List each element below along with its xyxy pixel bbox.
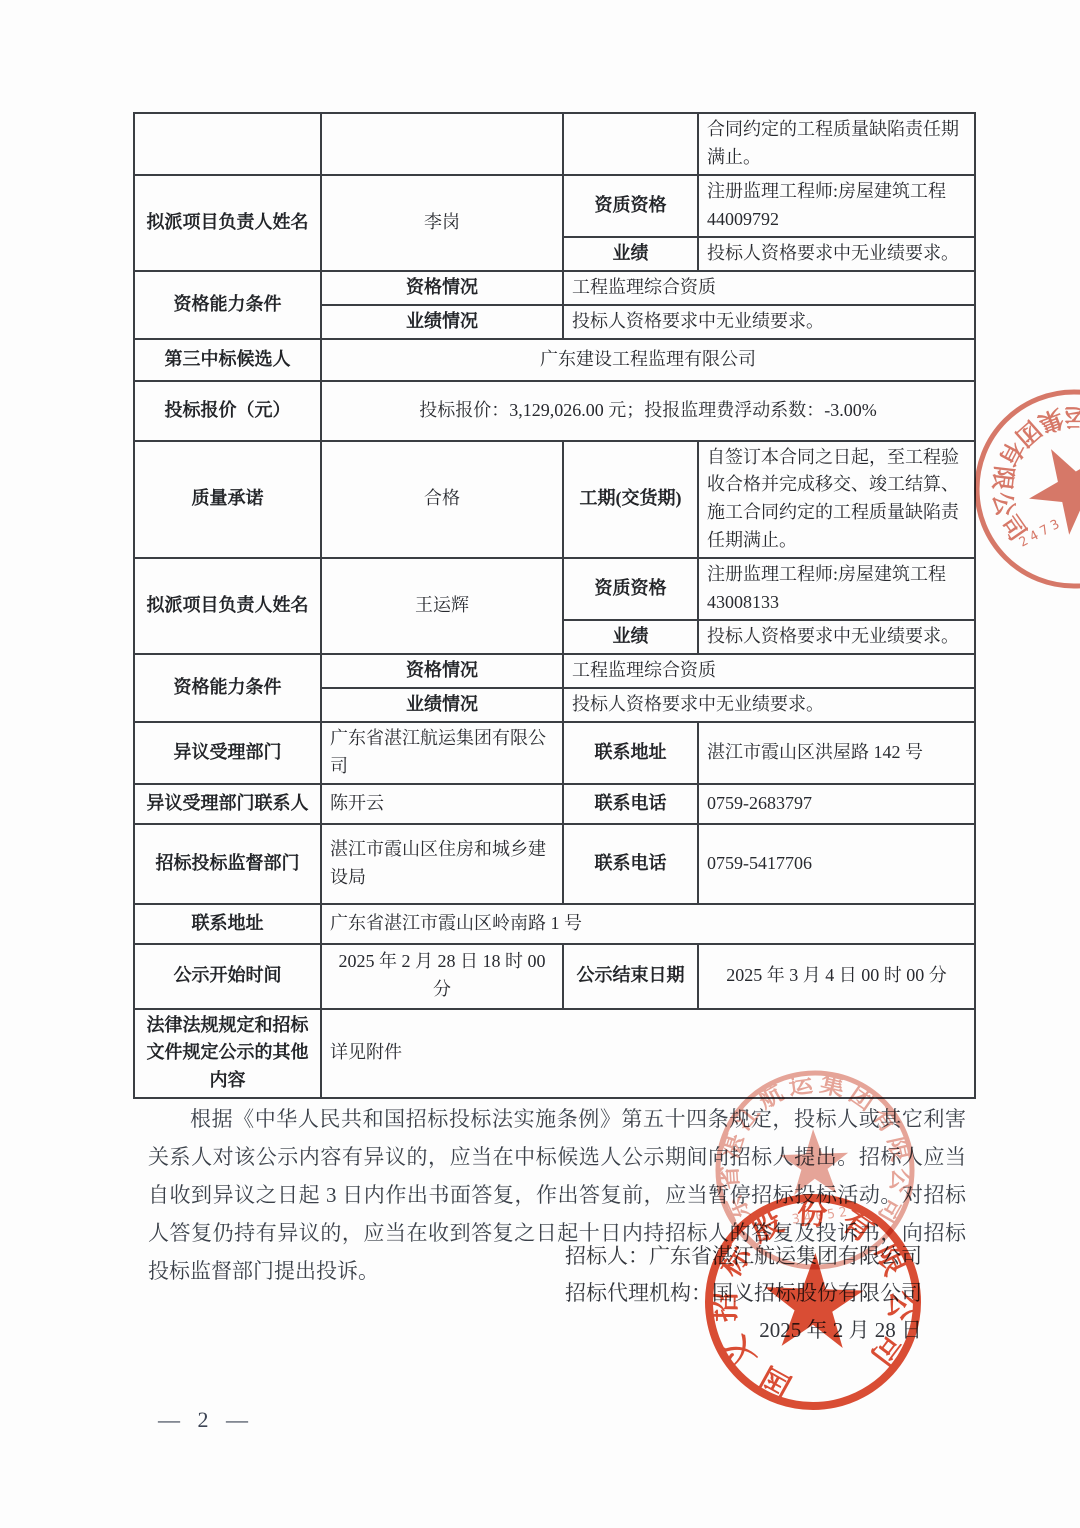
table-row: 资格能力条件 资格情况 工程监理综合资质	[134, 654, 975, 688]
table-row: 投标报价（元） 投标报价：3,129,026.00 元；投报监理费浮动系数：-3…	[134, 381, 975, 441]
seal-ring	[977, 392, 1080, 586]
cell-label-cert3: 资质资格	[563, 558, 698, 620]
table-row: 法律法规规定和招标文件规定公示的其他内容 详见附件	[134, 1009, 975, 1099]
table-row: 公示开始时间 2025 年 2 月 28 日 18 时 00 分 公示结束日期 …	[134, 944, 975, 1009]
cell-label-leader3: 拟派项目负责人姓名	[134, 558, 321, 654]
cell-supervision-tel-value: 0759-5417706	[698, 824, 975, 904]
table-row: 拟派项目负责人姓名 李岗 资质资格 注册监理工程师:房屋建筑工程 4400979…	[134, 175, 975, 237]
cell-objection-addr-value: 湛江市霞山区洪屋路 142 号	[698, 722, 975, 784]
table-row: 招标投标监督部门 湛江市霞山区住房和城乡建设局 联系电话 0759-541770…	[134, 824, 975, 904]
cell-period-continuation: 合同约定的工程质量缺陷责任期满止。	[698, 113, 975, 175]
cell-label-qual3: 资格情况	[321, 654, 563, 688]
cell-label-other-content: 法律法规规定和招标文件规定公示的其他内容	[134, 1009, 321, 1099]
cell-qual3-value: 工程监理综合资质	[563, 654, 975, 688]
cell-label-period3: 工期(交货期)	[563, 441, 698, 559]
cell-candidate3-name: 广东建设工程监理有限公司	[321, 339, 975, 381]
table-row: 第三中标候选人 广东建设工程监理有限公司	[134, 339, 975, 381]
cell-cert2-value: 注册监理工程师:房屋建筑工程 44009792	[698, 175, 975, 237]
cell-leader2-name: 李岗	[321, 175, 563, 271]
table-row: 异议受理部门联系人 陈开云 联系电话 0759-2683797	[134, 784, 975, 824]
cell-label-cert2: 资质资格	[563, 175, 698, 237]
scanned-document-page: 合同约定的工程质量缺陷责任期满止。 拟派项目负责人姓名 李岗 资质资格 注册监理…	[0, 0, 1080, 1528]
cell-empty	[321, 113, 563, 175]
cell-label-publicity-end: 公示结束日期	[563, 944, 698, 1009]
table-row: 拟派项目负责人姓名 王运辉 资质资格 注册监理工程师:房屋建筑工程 430081…	[134, 558, 975, 620]
cell-label-objection-addr: 联系地址	[563, 722, 698, 784]
cell-label-price3: 投标报价（元）	[134, 381, 321, 441]
bid-publicity-table: 合同约定的工程质量缺陷责任期满止。 拟派项目负责人姓名 李岗 资质资格 注册监理…	[133, 112, 976, 1099]
cell-publicity-end-value: 2025 年 3 月 4 日 00 时 00 分	[698, 944, 975, 1009]
cell-qual2-value: 工程监理综合资质	[563, 271, 975, 305]
seal-code-text: 2473	[1017, 515, 1066, 550]
cell-period3-value: 自签订本合同之日起，至工程验收合格并完成移交、竣工结算、施工合同约定的工程质量缺…	[698, 441, 975, 559]
cell-label-perf3: 业绩	[563, 620, 698, 654]
cell-cert3-value: 注册监理工程师:房屋建筑工程 43008133	[698, 558, 975, 620]
page-number: — 2 —	[158, 1407, 254, 1433]
cell-other-content-value: 详见附件	[321, 1009, 975, 1099]
cell-objection-tel-value: 0759-2683797	[698, 784, 975, 824]
cell-perfcond2-value: 投标人资格要求中无业绩要求。	[563, 305, 975, 339]
cell-label-supervision: 招标投标监督部门	[134, 824, 321, 904]
table-row: 质量承诺 合格 工期(交货期) 自签订本合同之日起，至工程验收合格并完成移交、竣…	[134, 441, 975, 559]
cell-empty	[134, 113, 321, 175]
cell-label-contact-address: 联系地址	[134, 904, 321, 944]
cell-label-candidate3: 第三中标候选人	[134, 339, 321, 381]
cell-objection-dept-value: 广东省湛江航运集团有限公司	[321, 722, 563, 784]
seal-arc-text: 广东省湛江航运集团有限公司	[987, 403, 1080, 550]
cell-objection-contact-value: 陈开云	[321, 784, 563, 824]
cell-perf3-value: 投标人资格要求中无业绩要求。	[698, 620, 975, 654]
cell-label-supervision-tel: 联系电话	[563, 824, 698, 904]
cell-quality3-value: 合格	[321, 441, 563, 559]
cell-publicity-start-value: 2025 年 2 月 28 日 18 时 00 分	[321, 944, 563, 1009]
cell-label-objection-tel: 联系电话	[563, 784, 698, 824]
cell-price3-value: 投标报价：3,129,026.00 元；投报监理费浮动系数：-3.00%	[321, 381, 975, 441]
cell-perf2-value: 投标人资格要求中无业绩要求。	[698, 237, 975, 271]
cell-label-perfcond2: 业绩情况	[321, 305, 563, 339]
table-row: 联系地址 广东省湛江市霞山区岭南路 1 号	[134, 904, 975, 944]
cell-label-objection-contact: 异议受理部门联系人	[134, 784, 321, 824]
signature-agency: 招标代理机构：国义招标股份有限公司	[502, 1275, 922, 1312]
cell-label-qualcap2: 资格能力条件	[134, 271, 321, 339]
table-row: 异议受理部门 广东省湛江航运集团有限公司 联系地址 湛江市霞山区洪屋路 142 …	[134, 722, 975, 784]
seal-star-icon	[1013, 427, 1080, 543]
cell-label-qualcap3: 资格能力条件	[134, 654, 321, 722]
cell-label-objection-dept: 异议受理部门	[134, 722, 321, 784]
cell-contact-address-value: 广东省湛江市霞山区岭南路 1 号	[321, 904, 975, 944]
cell-label-qual2: 资格情况	[321, 271, 563, 305]
cell-supervision-value: 湛江市霞山区住房和城乡建设局	[321, 824, 563, 904]
cell-label-publicity-start: 公示开始时间	[134, 944, 321, 1009]
signature-block: 招标人：广东省湛江航运集团有限公司 招标代理机构：国义招标股份有限公司 2025…	[502, 1238, 922, 1349]
table-row: 资格能力条件 资格情况 工程监理综合资质	[134, 271, 975, 305]
signature-tenderer: 招标人：广东省湛江航运集团有限公司	[502, 1238, 922, 1275]
signature-date: 2025 年 2 月 28 日	[502, 1312, 922, 1349]
cell-perfcond3-value: 投标人资格要求中无业绩要求。	[563, 688, 975, 722]
cell-label-quality3: 质量承诺	[134, 441, 321, 559]
cell-label-leader2: 拟派项目负责人姓名	[134, 175, 321, 271]
cell-label-perfcond3: 业绩情况	[321, 688, 563, 722]
cell-leader3-name: 王运辉	[321, 558, 563, 654]
cell-empty	[563, 113, 698, 175]
cell-label-perf2: 业绩	[563, 237, 698, 271]
table-row: 合同约定的工程质量缺陷责任期满止。	[134, 113, 975, 175]
